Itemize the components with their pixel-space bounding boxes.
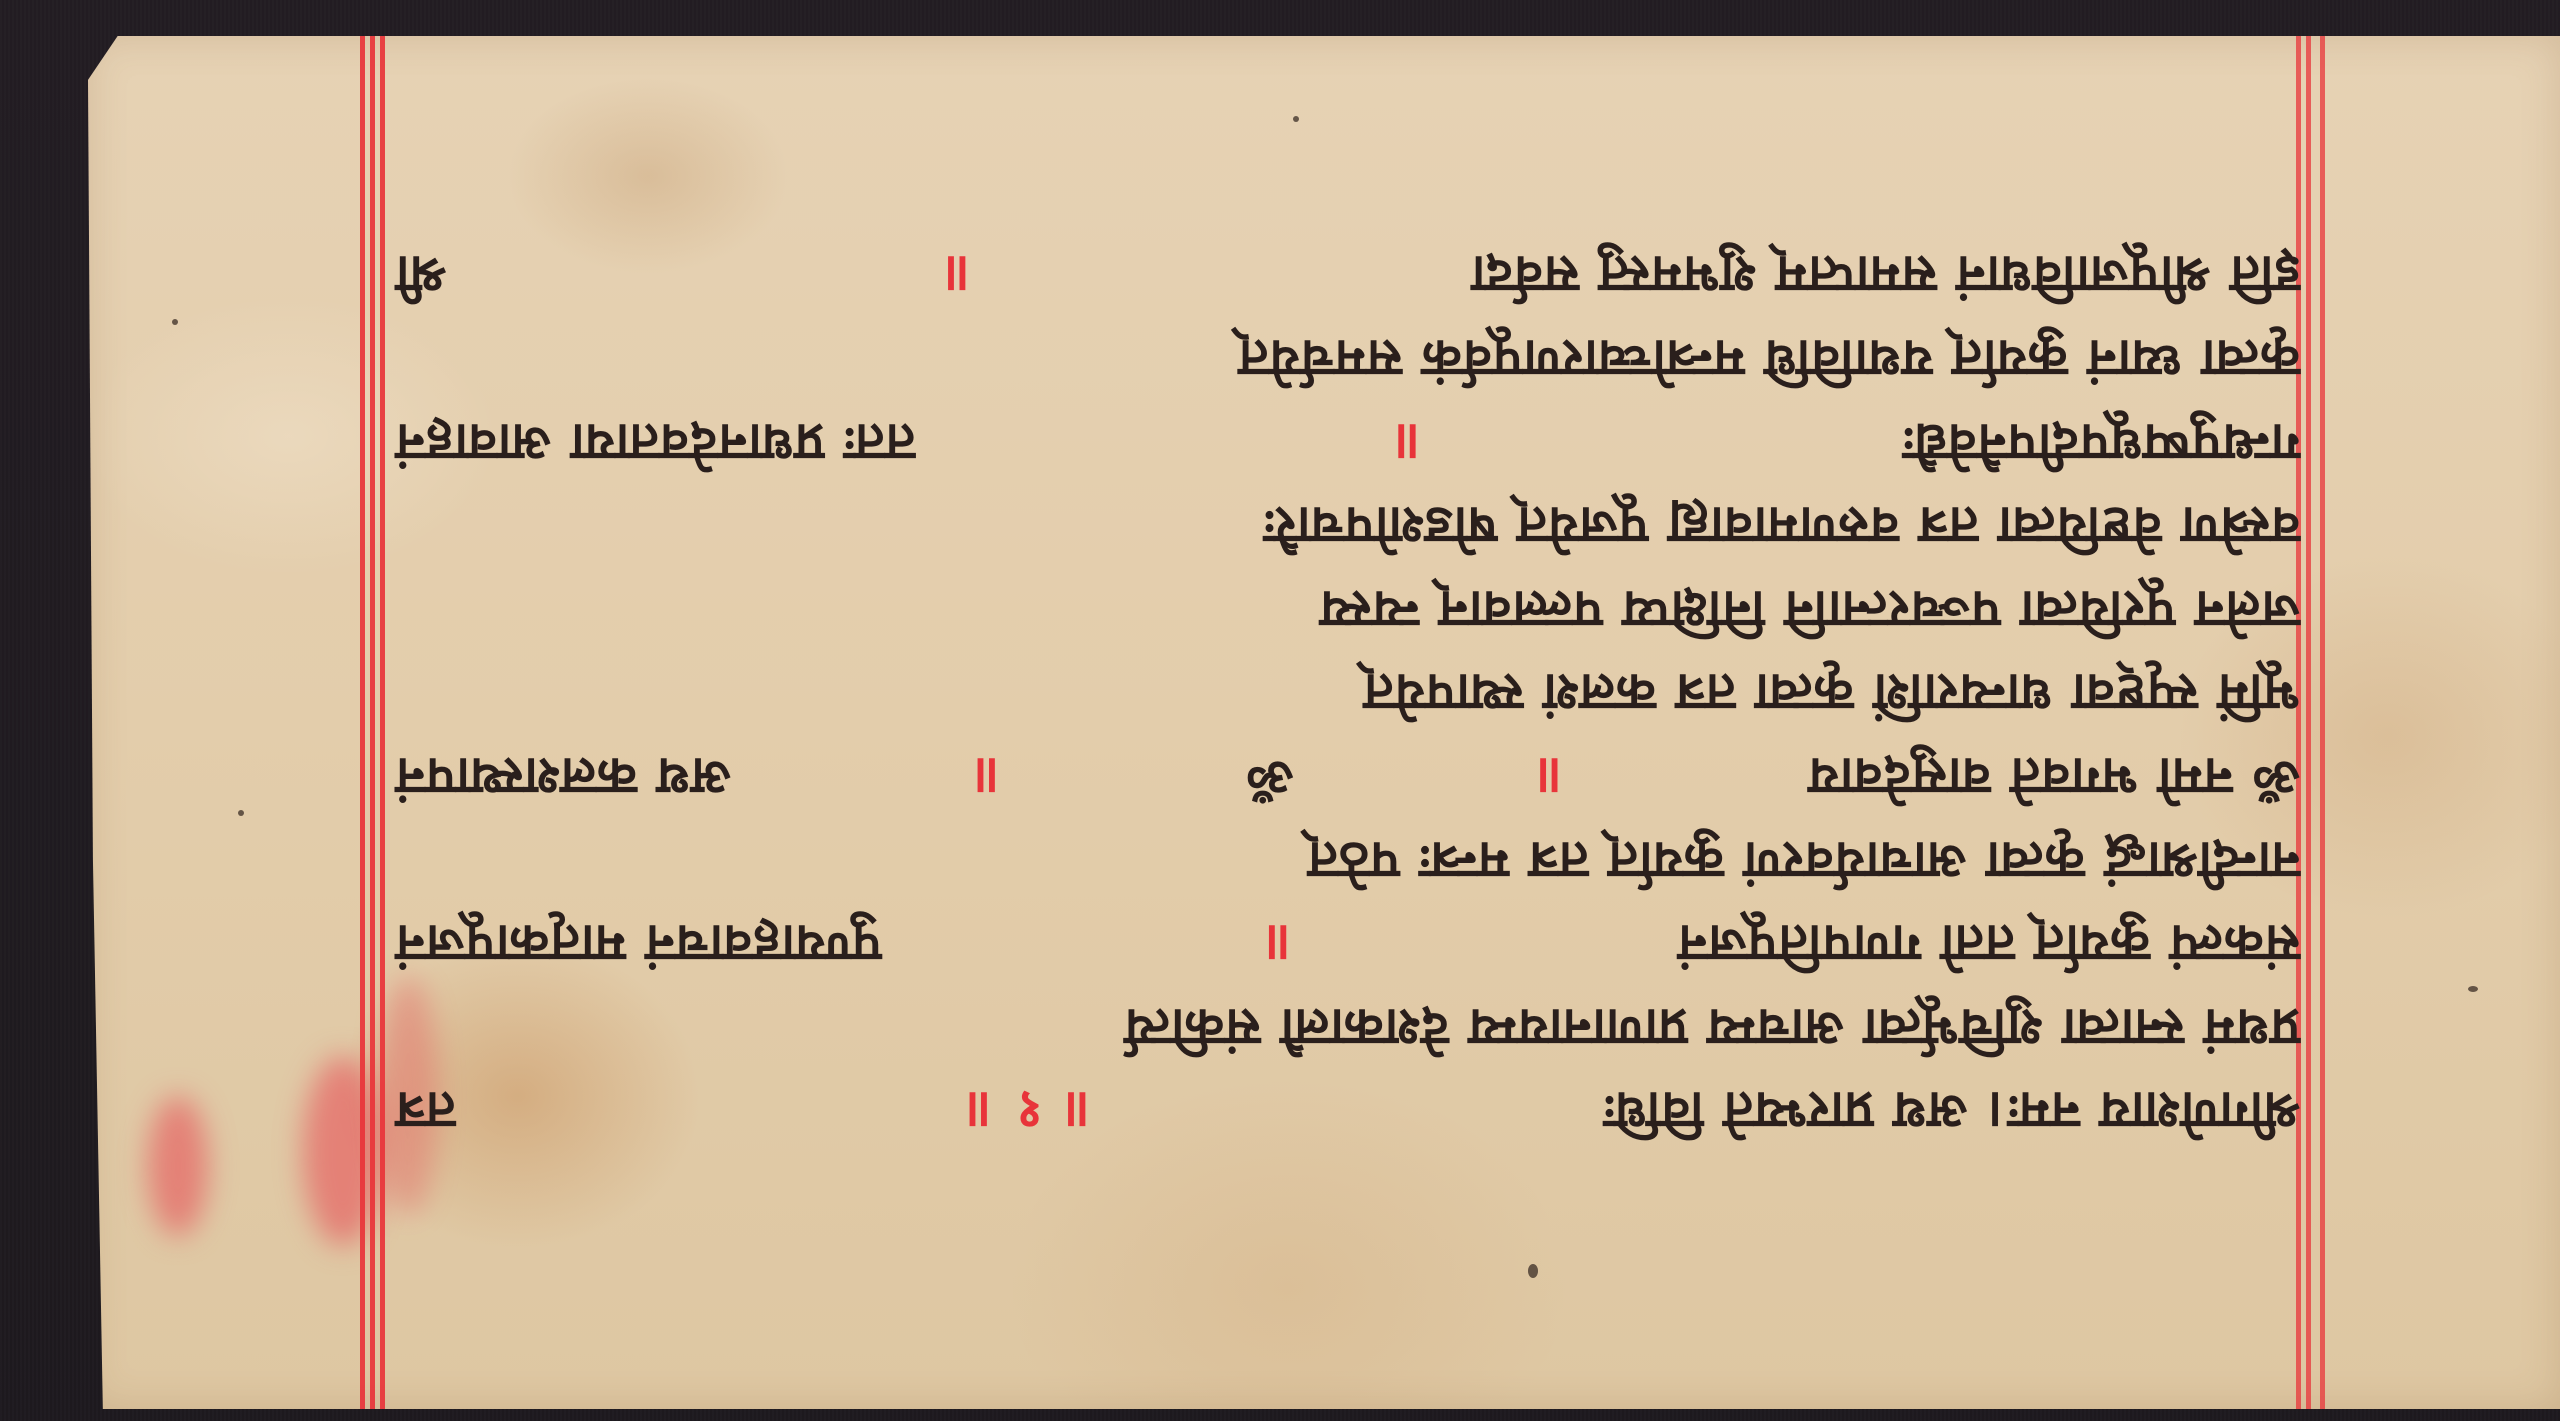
manuscript-text-block: श्रीगणेशाय नमः। अथ प्रारभ्यते विधिः ॥ १ … [395,248,2300,1168]
om-symbol: ॐ [1245,750,1293,802]
manuscript-line: वस्त्रेण वेष्टयित्वा तत्र वरुणमावाह्य पू… [395,499,2300,583]
manuscript-line: जलेन पूरयित्वा पञ्चरत्नानि निक्षिप्य पल्… [395,583,2300,667]
manuscript-line: भूमिं स्पृष्ट्वा धान्यराशिं कृत्वा तत्र … [395,666,2300,750]
red-danda-verse-number: ॥ १ ॥ [954,1084,1105,1136]
paper-speck [1293,116,1299,122]
red-double-danda: ॥ [1525,750,1577,802]
manuscript-line: गन्धपुष्पधूपदीपनैवेद्यैः ॥ ततः प्रधानदेव… [395,416,2300,500]
red-double-danda: ॥ [1383,416,1435,468]
red-pigment-stain [148,1096,208,1236]
paper-speck [238,810,244,816]
line-text: ततः प्रधानदेवताया आवाहनं [395,416,915,468]
red-double-danda: ॥ [933,248,985,300]
line-text: नान्दीश्राद्धं कृत्वा आचार्यवरणं कुर्यात… [1307,834,2300,886]
line-text: संकल्पं कुर्यात् ततो गणपतिपूजनं [1677,917,2300,969]
paper-speck [172,319,178,325]
line-text: तत्र [395,1084,455,1136]
left-margin-rule [380,36,385,1409]
left-margin-rule [360,36,365,1409]
manuscript-line: प्रथमं स्नात्वा शुचिर्भूत्वा आचम्य प्राण… [395,1001,2300,1085]
line-text: गन्धपुष्पधूपदीपनैवेद्यैः [1902,416,2300,468]
right-margin-rule [2320,36,2325,1409]
manuscript-line: नान्दीश्राद्धं कृत्वा आचार्यवरणं कुर्यात… [395,834,2300,918]
line-text: अथ कलशस्थापनं [395,750,731,802]
left-margin-rule [370,36,375,1409]
right-margin-rule [2306,36,2311,1409]
red-double-danda: ॥ [1253,917,1305,969]
paper-speck [2468,986,2478,992]
manuscript-line: संकल्पं कुर्यात् ततो गणपतिपूजनं ॥ पुण्या… [395,917,2300,1001]
manuscript-line: ॐ नमो भगवते वासुदेवाय ॥ ॐ ॥ अथ कलशस्थापन… [395,750,2300,834]
red-double-danda: ॥ [962,750,1014,802]
line-text: पुण्याहवाचनं मातृकापूजनं [395,917,881,969]
line-text: श्रीगणेशाय नमः। अथ प्रारभ्यते विधिः [1603,1084,2300,1136]
line-text: वस्त्रेण वेष्टयित्वा तत्र वरुणमावाह्य पू… [1263,499,2300,551]
line-text: कृत्वा ध्यानं कुर्यात् यथाविधि मन्त्रोच्… [1238,332,2300,384]
manuscript-line: इति श्रीपूजाविधानं समाप्तम् शुभमस्तु सर्… [395,248,2300,332]
manuscript-line: श्रीगणेशाय नमः। अथ प्रारभ्यते विधिः ॥ १ … [395,1084,2300,1168]
manuscript-line: कृत्वा ध्यानं कुर्यात् यथाविधि मन्त्रोच्… [395,332,2300,416]
line-text: जलेन पूरयित्वा पञ्चरत्नानि निक्षिप्य पल्… [1319,583,2300,635]
line-text: इति श्रीपूजाविधानं समाप्तम् शुभमस्तु सर्… [1471,248,2300,300]
paper-speck [1528,1264,1538,1278]
line-text: प्रथमं स्नात्वा शुचिर्भूत्वा आचम्य प्राण… [1124,1001,2300,1053]
line-text: भूमिं स्पृष्ट्वा धान्यराशिं कृत्वा तत्र … [1363,666,2300,718]
line-text: श्री [395,248,446,300]
line-text: ॐ नमो भगवते वासुदेवाय [1808,750,2300,802]
